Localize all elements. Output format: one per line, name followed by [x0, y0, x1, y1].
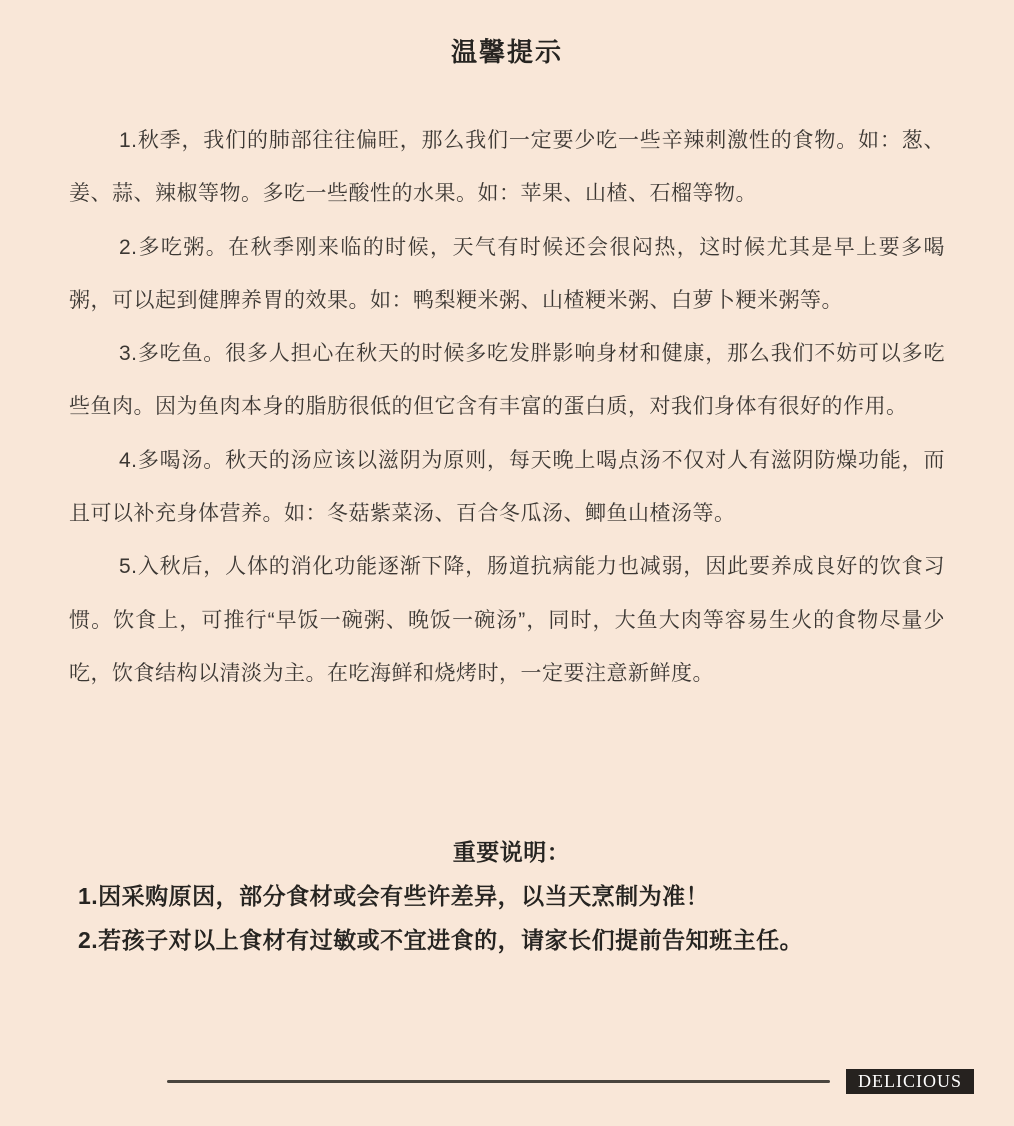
footer-rule [167, 1080, 830, 1083]
note-item-1: 1.因采购原因，部分食材或会有些许差异，以当天烹制为准！ [78, 874, 945, 918]
notes-heading: 重要说明： [78, 830, 945, 874]
tip-paragraph-2: 2.多吃粥。在秋季刚来临的时候，天气有时候还会很闷热，这时候尤其是早上要多喝粥，… [69, 221, 945, 328]
notes-section: 重要说明： 1.因采购原因，部分食材或会有些许差异，以当天烹制为准！ 2.若孩子… [78, 830, 945, 962]
tip-paragraph-3: 3.多吃鱼。很多人担心在秋天的时候多吃发胖影响身材和健康，那么我们不妨可以多吃些… [69, 327, 945, 434]
delicious-badge: DELICIOUS [846, 1069, 974, 1094]
tips-section: 1.秋季，我们的肺部往往偏旺，那么我们一定要少吃一些辛辣刺激性的食物。如：葱、姜… [69, 114, 945, 700]
note-item-2: 2.若孩子对以上食材有过敏或不宜进食的，请家长们提前告知班主任。 [78, 918, 945, 962]
badge-label: DELICIOUS [858, 1071, 962, 1092]
tip-paragraph-5: 5.入秋后，人体的消化功能逐渐下降，肠道抗病能力也减弱，因此要养成良好的饮食习惯… [69, 540, 945, 700]
tip-paragraph-4: 4.多喝汤。秋天的汤应该以滋阴为原则，每天晚上喝点汤不仅对人有滋阴防燥功能，而且… [69, 434, 945, 541]
page-title: 温馨提示 [0, 36, 1014, 68]
tip-paragraph-1: 1.秋季，我们的肺部往往偏旺，那么我们一定要少吃一些辛辣刺激性的食物。如：葱、姜… [69, 114, 945, 221]
page: 温馨提示 1.秋季，我们的肺部往往偏旺，那么我们一定要少吃一些辛辣刺激性的食物。… [0, 0, 1014, 1126]
